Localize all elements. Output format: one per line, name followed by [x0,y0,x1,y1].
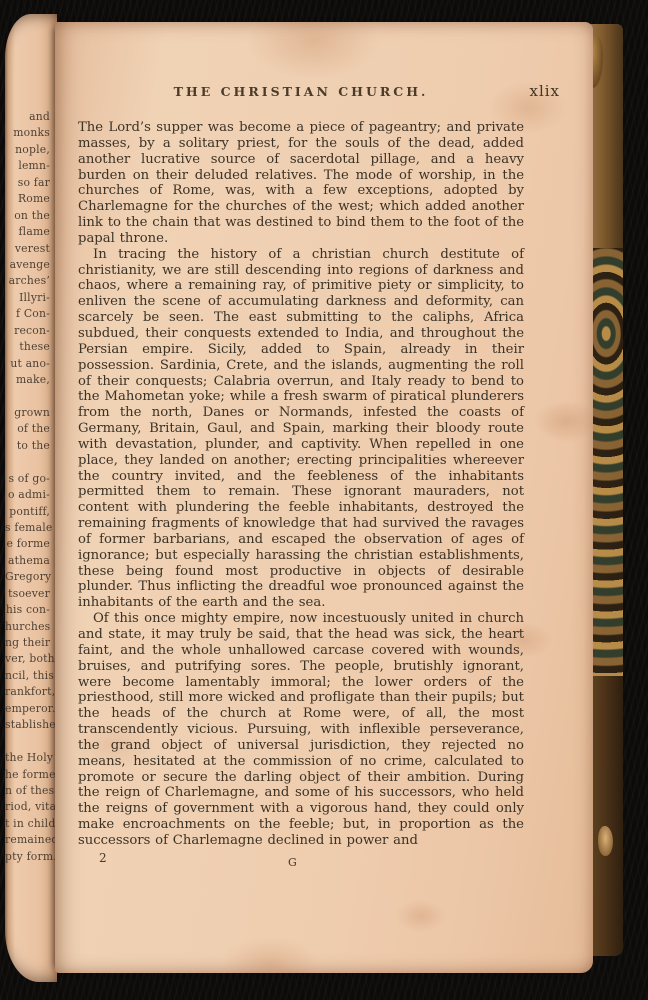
fragment-line: lemn- [5,158,50,174]
fragment-line [5,734,50,750]
fragment-line: emperor. [5,701,50,717]
fragment-line: these [5,339,50,355]
fragment-line: make, [5,372,50,388]
fragment-line: avenge [5,257,50,273]
fragment-line: on the [5,208,50,224]
fragment-line [5,388,50,404]
fragment-line: ut ano- [5,356,50,372]
board-corner-chip-bottom [598,826,613,856]
fragment-line: recon- [5,323,50,339]
fragment-line: pty form. [5,849,50,865]
fragment-line: hurches [5,619,50,635]
running-title: THE CHRISTIAN CHURCH. [78,84,524,99]
fragment-line: athema [5,553,50,569]
fragment-line: verest [5,241,50,257]
fragment-line: the Holy [5,750,50,766]
fragment-line: stablished [5,717,50,733]
fragment-line: s of go- [5,471,50,487]
previous-page-edge: andmonksnople,lemn-so farRomeon theflame… [5,14,57,982]
signature-mark-left: 2 [99,851,107,867]
fragment-line: ng their [5,635,50,651]
paragraph-2: In tracing the history of a christian ch… [78,247,524,611]
fragment-line: n of these [5,783,50,799]
fragment-line: he former [5,767,50,783]
signature-mark-center: G [288,855,297,871]
fragment-line: so far [5,175,50,191]
page-number: xlix [529,82,560,100]
fragment-line: ver, both [5,651,50,667]
fragment-line: nople, [5,142,50,158]
book-photo-backdrop: andmonksnople,lemn-so farRomeon theflame… [0,0,648,1000]
signature-row: 2 G [78,851,524,867]
fragment-line: ncil, this [5,668,50,684]
fragment-line: arches’ [5,273,50,289]
page-header: THE CHRISTIAN CHURCH. xlix [78,84,524,104]
fragment-line: his con- [5,602,50,618]
fragment-line: o admi- [5,487,50,503]
fragment-line: e forme [5,536,50,552]
book-page: THE CHRISTIAN CHURCH. xlix The Lord’s su… [55,22,593,973]
fragment-line: t in child- [5,816,50,832]
fragment-line: s female [5,520,50,536]
paragraph-1: The Lord’s supper was become a piece of … [78,120,524,247]
page-body-text: The Lord’s supper was become a piece of … [78,120,524,867]
previous-page-fragments: andmonksnople,lemn-so farRomeon theflame… [5,109,50,865]
fragment-line: to the [5,438,50,454]
fragment-line: tsoever [5,586,50,602]
fragment-line: flame [5,224,50,240]
fragment-line: remained [5,832,50,848]
fragment-line: Gregory [5,569,50,585]
fragment-line: pontiff, [5,504,50,520]
fragment-line: of the [5,421,50,437]
fragment-line: Rome [5,191,50,207]
paragraph-3: Of this once mighty empire, now incestuo… [78,611,524,849]
fragment-line: rankfort, [5,684,50,700]
fragment-line: grown [5,405,50,421]
fragment-line: f Con- [5,306,50,322]
fragment-line: and [5,109,50,125]
fragment-line: monks [5,125,50,141]
fragment-line [5,454,50,470]
fragment-line: Illyri- [5,290,50,306]
fragment-line: riod, vital [5,799,50,815]
